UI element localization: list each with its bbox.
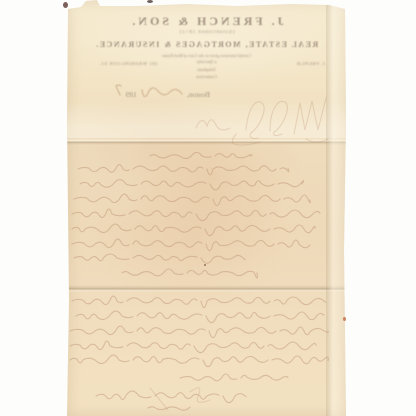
services-line: REAL ESTATE, MORTGAGES & INSURANCE. xyxy=(67,40,346,49)
date-city: Boston, xyxy=(187,90,210,99)
date-year: 189 xyxy=(126,90,137,99)
date-line: Boston, 189 xyxy=(100,83,210,99)
established-line: (Established 1872) xyxy=(67,30,346,35)
handwritten-date-scrawl xyxy=(140,85,184,97)
tagline-line: Careful attention given to the Care of R… xyxy=(67,53,346,58)
mirrored-letterhead: J. FRENCH & SON. (Established 1872) REAL… xyxy=(67,0,346,416)
photo-background: J. FRENCH & SON. (Established 1872) REAL… xyxy=(0,0,416,416)
letter-paper: J. FRENCH & SON. (Established 1872) REAL… xyxy=(67,0,346,416)
company-name: J. FRENCH & SON. xyxy=(67,14,346,29)
center-note-1: Telephone xyxy=(67,67,346,72)
paper-speck xyxy=(63,2,68,8)
center-note-2: Connection xyxy=(67,74,346,79)
handwritten-year-digit xyxy=(114,83,123,97)
paper-speck xyxy=(147,0,153,3)
paper-speck xyxy=(204,264,206,266)
paper-speck xyxy=(343,317,346,321)
